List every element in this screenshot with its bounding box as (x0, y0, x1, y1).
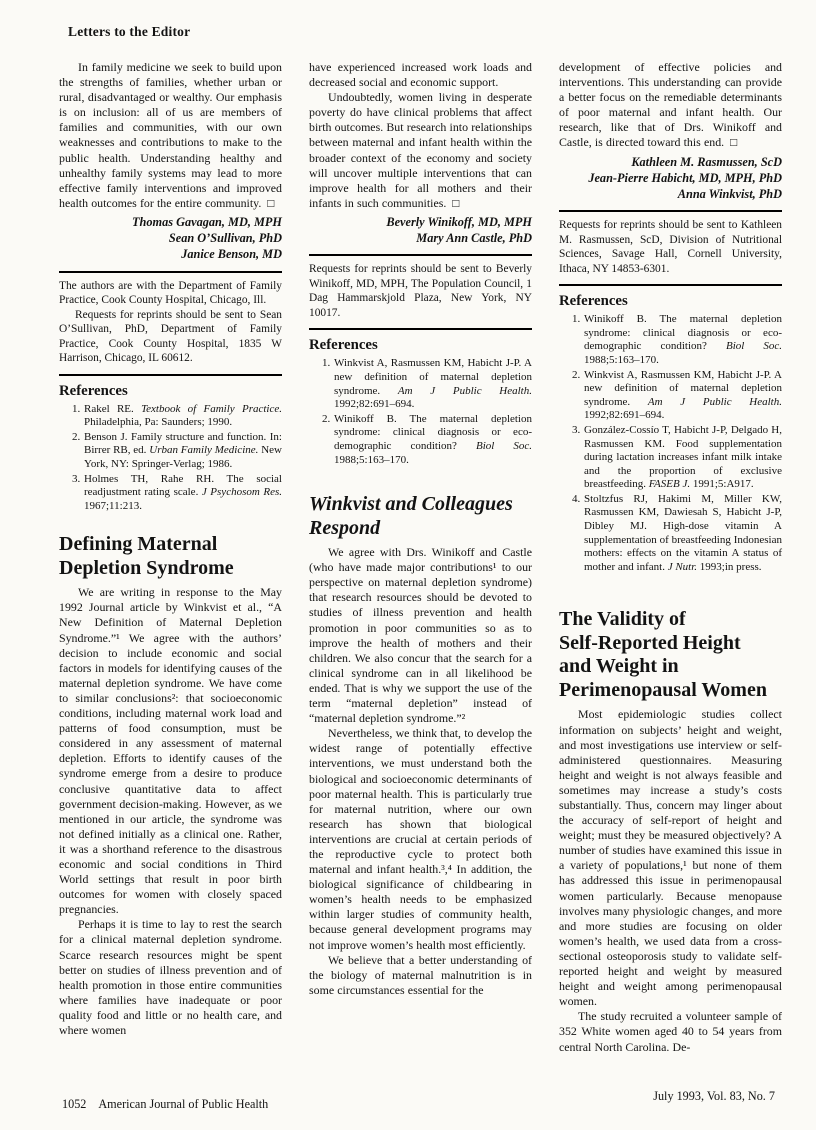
references-list: Winkvist A, Rasmussen KM, Habicht J-P. A… (309, 357, 532, 467)
ref-post: Philadelphia, Pa: Saunders; 1990. (84, 416, 232, 428)
signature-block: Thomas Gavagan, MD, MPH Sean O’Sullivan,… (59, 214, 282, 263)
column-1: In family medicine we seek to build upon… (59, 60, 282, 1055)
ref-journal: Urban Family Medicine. (149, 444, 258, 456)
article-title: The Validity of Self-Reported Height and… (559, 608, 782, 702)
letter-paragraph: have experienced increased work loads an… (309, 60, 532, 90)
signature: Thomas Gavagan, MD, MPH (59, 214, 282, 230)
signature: Janice Benson, MD (59, 246, 282, 262)
signature: Kathleen M. Rasmussen, ScD (559, 154, 782, 170)
letter-paragraph: Perhaps it is time to lay to rest the se… (59, 917, 282, 1038)
reference-item: Winkvist A, Rasmussen KM, Habicht J-P. A… (333, 357, 532, 411)
ref-journal: Textbook of Family Practice. (141, 403, 282, 415)
letter-paragraph: Undoubtedly, women living in desperate p… (309, 90, 532, 211)
letter-paragraph: We believe that a better understanding o… (309, 953, 532, 998)
reprints-note: Requests for reprints should be sent to … (309, 262, 532, 320)
title-line: Perimenopausal Women (559, 679, 782, 703)
ref-post: 1988;5:163–170. (334, 454, 409, 466)
letter-rasmussen-end: development of effective policies and in… (559, 60, 782, 574)
ref-post: 1988;5:163–170. (584, 354, 659, 366)
reference-item: Winikoff B. The maternal depletion syndr… (333, 413, 532, 467)
ref-post: 1993;in press. (697, 561, 761, 573)
signature-block: Beverly Winikoff, MD, MPH Mary Ann Castl… (309, 214, 532, 246)
title-line: and Weight in (559, 655, 782, 679)
letter-validity-height-weight: The Validity of Self-Reported Height and… (559, 608, 782, 1054)
letter-defining-maternal-depletion: Defining Maternal Depletion Syndrome We … (59, 533, 282, 1038)
references-list: Rakel RE. Textbook of Family Practice. P… (59, 403, 282, 514)
footer-issue-info: July 1993, Vol. 83, No. 7 (653, 1089, 775, 1103)
signature: Beverly Winikoff, MD, MPH (309, 214, 532, 230)
signature: Mary Ann Castle, PhD (309, 230, 532, 246)
ref-journal: Am J Public Health. (648, 396, 782, 408)
title-line: Depletion Syndrome (59, 557, 282, 581)
reprints-note: Requests for reprints should be sent to … (559, 218, 782, 276)
ref-pre: Rakel RE. (84, 403, 141, 415)
letter-winikoff-castle-end: have experienced increased work loads an… (309, 60, 532, 467)
letter-paragraph: In family medicine we seek to build upon… (59, 60, 282, 211)
reference-item: Stoltzfus RJ, Hakimi M, Miller KW, Rasmu… (583, 493, 782, 575)
ref-post: 1967;11:213. (84, 500, 142, 512)
ref-post: 1992;82:691–694. (584, 409, 664, 421)
letter-paragraph: Nevertheless, we think that, to develop … (309, 726, 532, 952)
article-title: Winkvist and Colleagues Respond (309, 493, 532, 540)
reprints-text: Requests for reprints should be sent to … (309, 262, 532, 320)
ref-journal: FASEB J. (649, 478, 690, 490)
reprints-text: Requests for reprints should be sent to … (59, 308, 282, 366)
page-footer: 1052American Journal of Public Health Ju… (62, 1089, 775, 1111)
divider (59, 271, 282, 273)
references-title: References (59, 382, 282, 400)
journal-page: Letters to the Editor In family medicine… (0, 0, 816, 1130)
title-line: Self-Reported Height (559, 632, 782, 656)
title-line: Defining Maternal (59, 533, 282, 557)
columns: In family medicine we seek to build upon… (59, 60, 782, 1055)
signature: Anna Winkvist, PhD (559, 186, 782, 202)
column-2: have experienced increased work loads an… (309, 60, 532, 1055)
footer-left: 1052American Journal of Public Health (62, 1097, 268, 1111)
affiliation-text: The authors are with the Department of F… (59, 279, 282, 308)
letter-paragraph: We agree with Drs. Winikoff and Castle (… (309, 545, 532, 726)
divider (309, 254, 532, 256)
letter-paragraph: The study recruited a volunteer sample o… (559, 1009, 782, 1054)
reference-item: Winikoff B. The maternal depletion syndr… (583, 313, 782, 367)
divider (559, 284, 782, 286)
letter-paragraph: Most epidemiologic studies collect infor… (559, 707, 782, 1009)
divider (309, 328, 532, 330)
letter-winkvist-respond: Winkvist and Colleagues Respond We agree… (309, 493, 532, 998)
footer-page-number: 1052 (62, 1097, 86, 1111)
letter-paragraph: We are writing in response to the May 19… (59, 585, 282, 917)
reference-item: Benson J. Family structure and function.… (83, 431, 282, 472)
divider (559, 210, 782, 212)
signature: Jean-Pierre Habicht, MD, MPH, PhD (559, 170, 782, 186)
article-title: Defining Maternal Depletion Syndrome (59, 533, 282, 580)
running-head: Letters to the Editor (68, 24, 190, 40)
references-title: References (309, 336, 532, 354)
affiliation-note: The authors are with the Department of F… (59, 279, 282, 366)
reference-item: Winkvist A, Rasmussen KM, Habicht J-P. A… (583, 369, 782, 423)
reference-item: Holmes TH, Rahe RH. The social readjustm… (83, 473, 282, 514)
ref-journal: J Nutr. (668, 561, 697, 573)
ref-post: 1991;5:A917. (690, 478, 754, 490)
reference-item: Rakel RE. Textbook of Family Practice. P… (83, 403, 282, 430)
reprints-text: Requests for reprints should be sent to … (559, 218, 782, 276)
ref-journal: Am J Public Health. (398, 385, 532, 397)
ref-journal: J Psychosom Res. (202, 486, 282, 498)
ref-post: 1992;82:691–694. (334, 398, 414, 410)
signature-block: Kathleen M. Rasmussen, ScD Jean-Pierre H… (559, 154, 782, 203)
divider (59, 374, 282, 376)
title-line: Respond (309, 517, 532, 541)
title-line: The Validity of (559, 608, 782, 632)
footer-journal-title: American Journal of Public Health (98, 1097, 268, 1111)
ref-journal: Biol Soc. (726, 340, 782, 352)
references-list: Winikoff B. The maternal depletion syndr… (559, 313, 782, 574)
ref-journal: Biol Soc. (476, 440, 532, 452)
title-line: Winkvist and Colleagues (309, 493, 532, 517)
column-3: development of effective policies and in… (559, 60, 782, 1055)
reference-item: González-Cossío T, Habicht J-P, Delgado … (583, 424, 782, 492)
signature: Sean O’Sullivan, PhD (59, 230, 282, 246)
references-title: References (559, 292, 782, 310)
letter-paragraph: development of effective policies and in… (559, 60, 782, 151)
letter-family-medicine-end: In family medicine we seek to build upon… (59, 60, 282, 513)
